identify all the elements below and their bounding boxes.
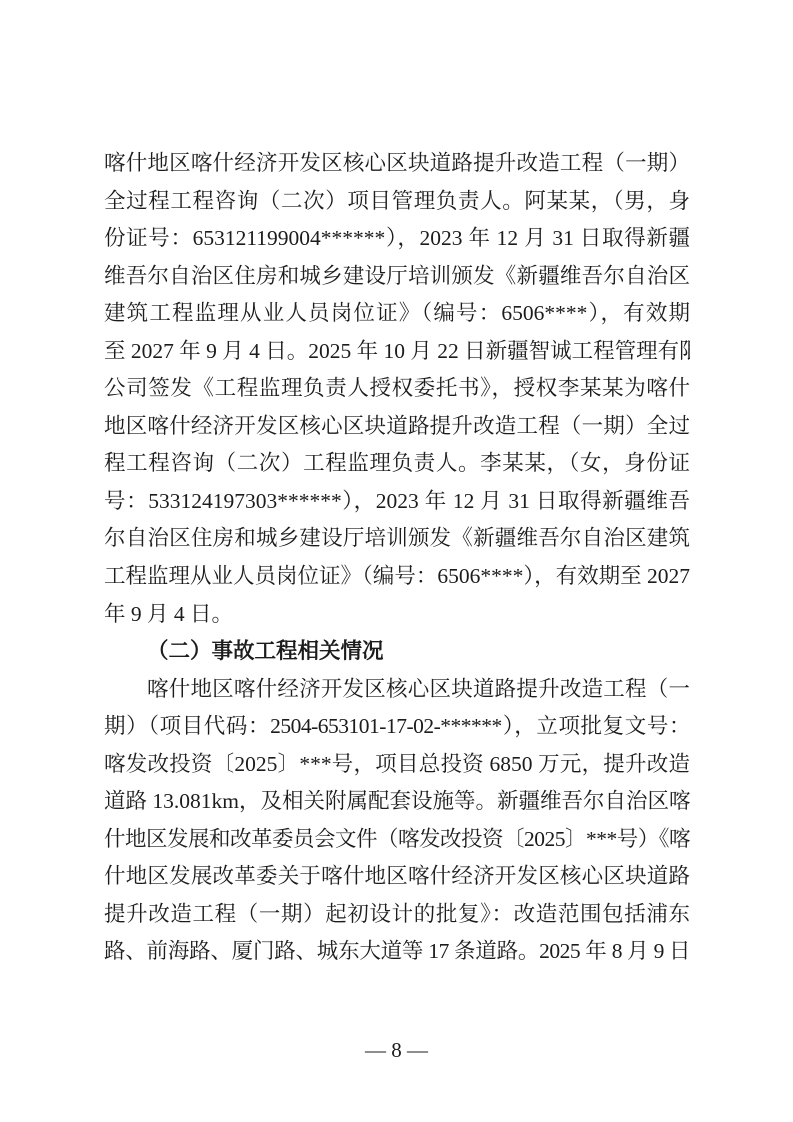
body-text-line: 份证号：653121199004******），2023 年 12 月 31 日… bbox=[104, 220, 690, 258]
body-text-line: 尔自治区住房和城乡建设厅培训颁发《新疆维吾尔自治区建筑 bbox=[104, 520, 690, 558]
body-text-line: 喀发改投资〔2025〕***号，项目总投资 6850 万元，提升改造 bbox=[104, 746, 690, 784]
body-text-line: 工程监理从业人员岗位证》（编号：6506****），有效期至 2027 bbox=[104, 558, 690, 596]
body-text-line: 喀什地区喀什经济开发区核心区块道路提升改造工程（一期） bbox=[104, 145, 690, 183]
body-text-line: 路、前海路、厦门路、城东大道等 17 条道路。2025 年 8 月 9 日 bbox=[104, 933, 690, 971]
body-text-line: 号：533124197303******），2023 年 12 月 31 日取得… bbox=[104, 483, 690, 521]
page-number: — 8 — bbox=[0, 1037, 793, 1063]
body-text-line: 期）（项目代码：2504-653101-17-02-******），立项批复文号… bbox=[104, 708, 690, 746]
section-heading: （二）事故工程相关情况 bbox=[104, 633, 690, 671]
body-text-line: 至 2027 年 9 月 4 日。2025 年 10 月 22 日新疆智诚工程管… bbox=[104, 333, 690, 371]
body-text-line: 提升改造工程（一期）起初设计的批复》：改造范围包括浦东 bbox=[104, 896, 690, 934]
body-text-line: 什地区发展改革委关于喀什地区喀什经济开发区核心区块道路 bbox=[104, 858, 690, 896]
body-text-line: 喀什地区喀什经济开发区核心区块道路提升改造工程（一 bbox=[104, 671, 690, 709]
body-text-line: 什地区发展和改革委员会文件（喀发改投资〔2025〕***号）《喀 bbox=[104, 821, 690, 859]
body-text-line: 建筑工程监理从业人员岗位证》（编号：6506****），有效期 bbox=[104, 295, 690, 333]
document-body: 喀什地区喀什经济开发区核心区块道路提升改造工程（一期） 全过程工程咨询（二次）项… bbox=[104, 145, 690, 971]
document-page: 喀什地区喀什经济开发区核心区块道路提升改造工程（一期） 全过程工程咨询（二次）项… bbox=[0, 0, 793, 1122]
body-text-line: 道路 13.081km，及相关附属配套设施等。新疆维吾尔自治区喀 bbox=[104, 783, 690, 821]
body-text-line: 全过程工程咨询（二次）项目管理负责人。阿某某，（男，身 bbox=[104, 183, 690, 221]
body-text-line: 维吾尔自治区住房和城乡建设厅培训颁发《新疆维吾尔自治区 bbox=[104, 258, 690, 296]
body-text-line: 公司签发《工程监理负责人授权委托书》，授权李某某为喀什 bbox=[104, 370, 690, 408]
body-text-line: 年 9 月 4 日。 bbox=[104, 596, 690, 634]
body-text-line: 地区喀什经济开发区核心区块道路提升改造工程（一期）全过 bbox=[104, 408, 690, 446]
body-text-line: 程工程咨询（二次）工程监理负责人。李某某，（女，身份证 bbox=[104, 445, 690, 483]
